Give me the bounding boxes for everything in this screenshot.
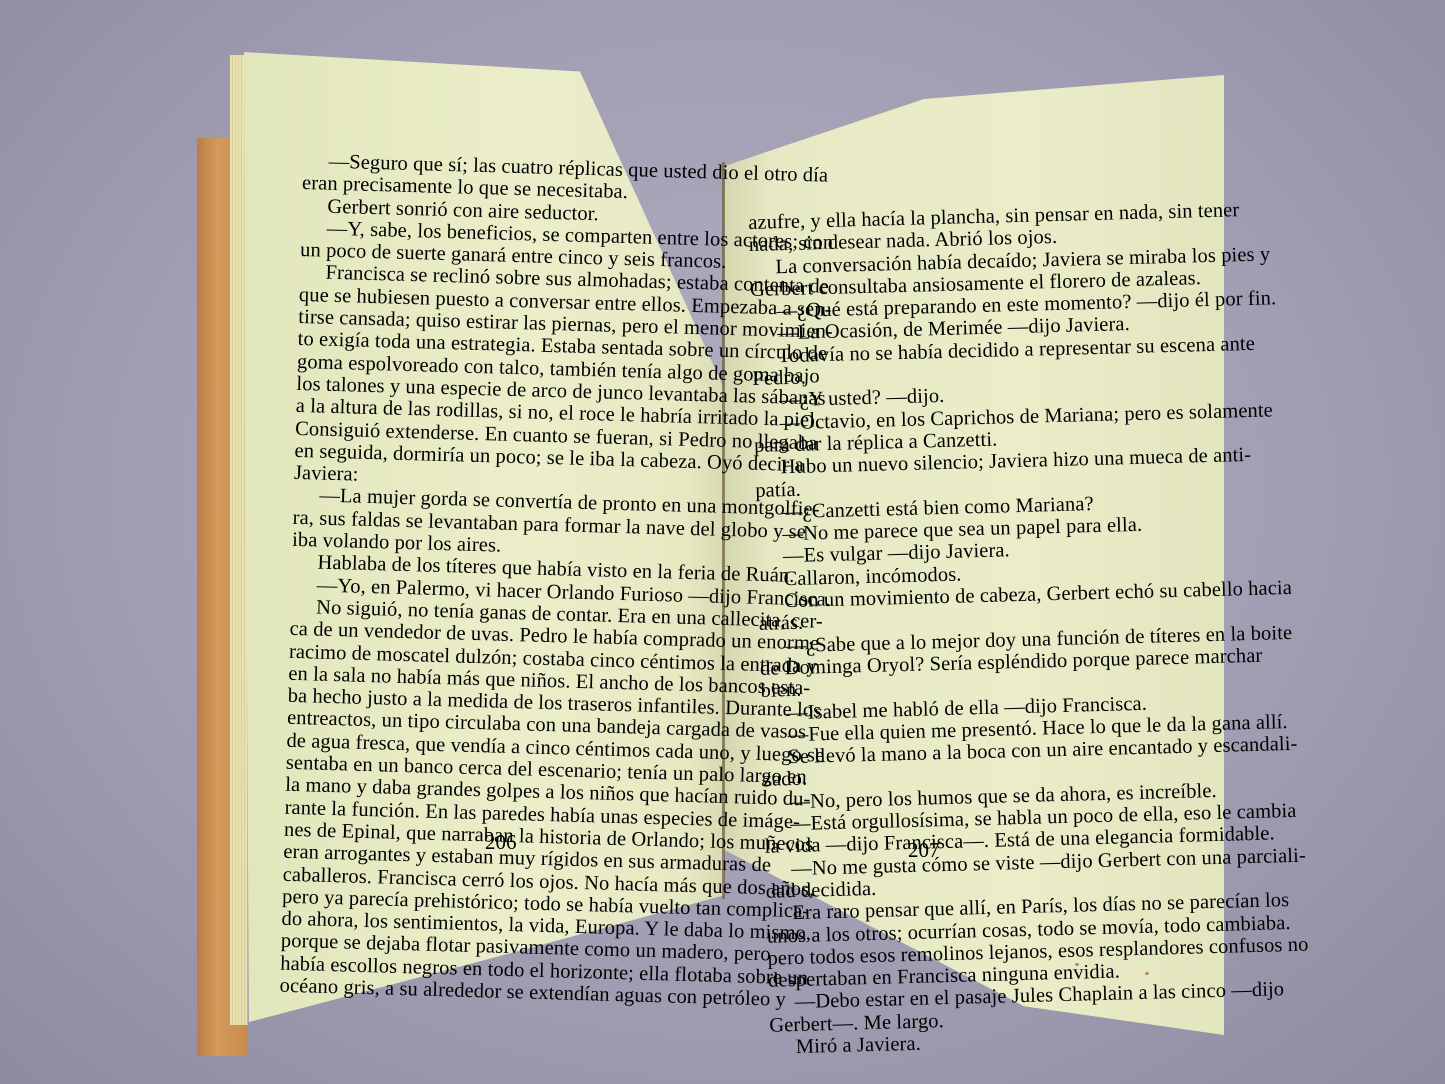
left-page-text: —Seguro que sí; las cuatro réplicas que … (279, 150, 717, 1009)
page-number-right: 207 (908, 838, 940, 863)
right-page-text: azufre, y ella hacía la plancha, sin pen… (748, 201, 1190, 1059)
paper-stain (1075, 963, 1079, 966)
paper-stain (1145, 972, 1149, 975)
page-number-left: 206 (485, 830, 517, 855)
